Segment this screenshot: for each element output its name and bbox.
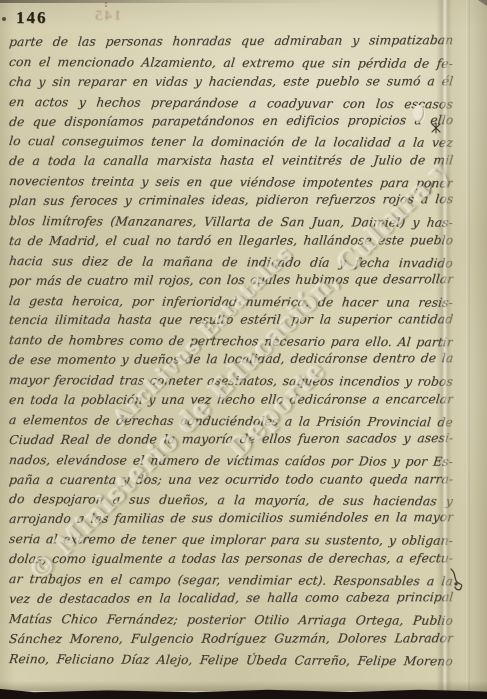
scanned-manuscript-page: 146 145 parte de las personas honradas q… [0,0,487,699]
scan-top-edge-shadow [0,0,350,3]
handwritten-line: Matías Chico Fernández; posterior Otilio… [8,610,454,632]
handwritten-line: tencia ilimitada hasta que resultó estér… [8,311,454,332]
handwritten-line: nados, elevándose el número de víctimas … [8,451,454,473]
handwritten-line: Ciudad Real de donde la mayoría de ellos… [8,429,454,451]
handwritten-line: en toda la población y una vez hecho ell… [8,390,454,411]
handwritten-text-block: parte de las personas honradas que admir… [9,33,453,670]
handwritten-line: con el mencionado Alzamiento, al extremo… [8,53,454,75]
handwritten-line: ta de Madrid, el cual no tardó en llegar… [8,231,454,252]
handwritten-line: parte de las personas honradas que admir… [8,31,454,53]
handwritten-line: plan sus feroces y criminales ideas, pid… [8,190,454,212]
handwritten-line: de a toda la canalla marxista hasta el v… [8,152,454,173]
handwritten-line: dolas, como igualmente a todas las perso… [8,549,454,570]
scan-corner-notch [478,0,487,6]
handwritten-line: paña a cuarenta y dos; una vez ocurrido … [8,470,454,491]
handwritten-line: Reino, Feliciano Díaz Alejo, Felipe Úbed… [8,650,454,672]
page-number-stamp: 146 [16,8,48,28]
scan-bottom-shadow [0,681,487,691]
handwritten-line: arrojando a las familias de sus domicili… [8,508,454,530]
handwritten-line: de que disponíamos parapetándonos en edi… [8,111,454,133]
ink-dot [2,17,6,21]
handwritten-line: Sánchez Moreno, Fulgencio Rodríguez Guzm… [8,629,454,650]
handwritten-line: de ese momento y dueños de la localidad,… [8,349,454,371]
handwritten-line: vez de destacados en la localidad, se ha… [8,588,454,610]
margin-asterisk-mark [430,119,442,138]
bleedthrough-page-number: 145 [93,8,122,25]
margin-squiggle-mark [447,566,467,600]
handwritten-line: por más de cuatro mil rojos, con los cua… [8,270,454,292]
handwritten-line: cha y sin reparar en vidas y haciendas, … [8,72,454,93]
